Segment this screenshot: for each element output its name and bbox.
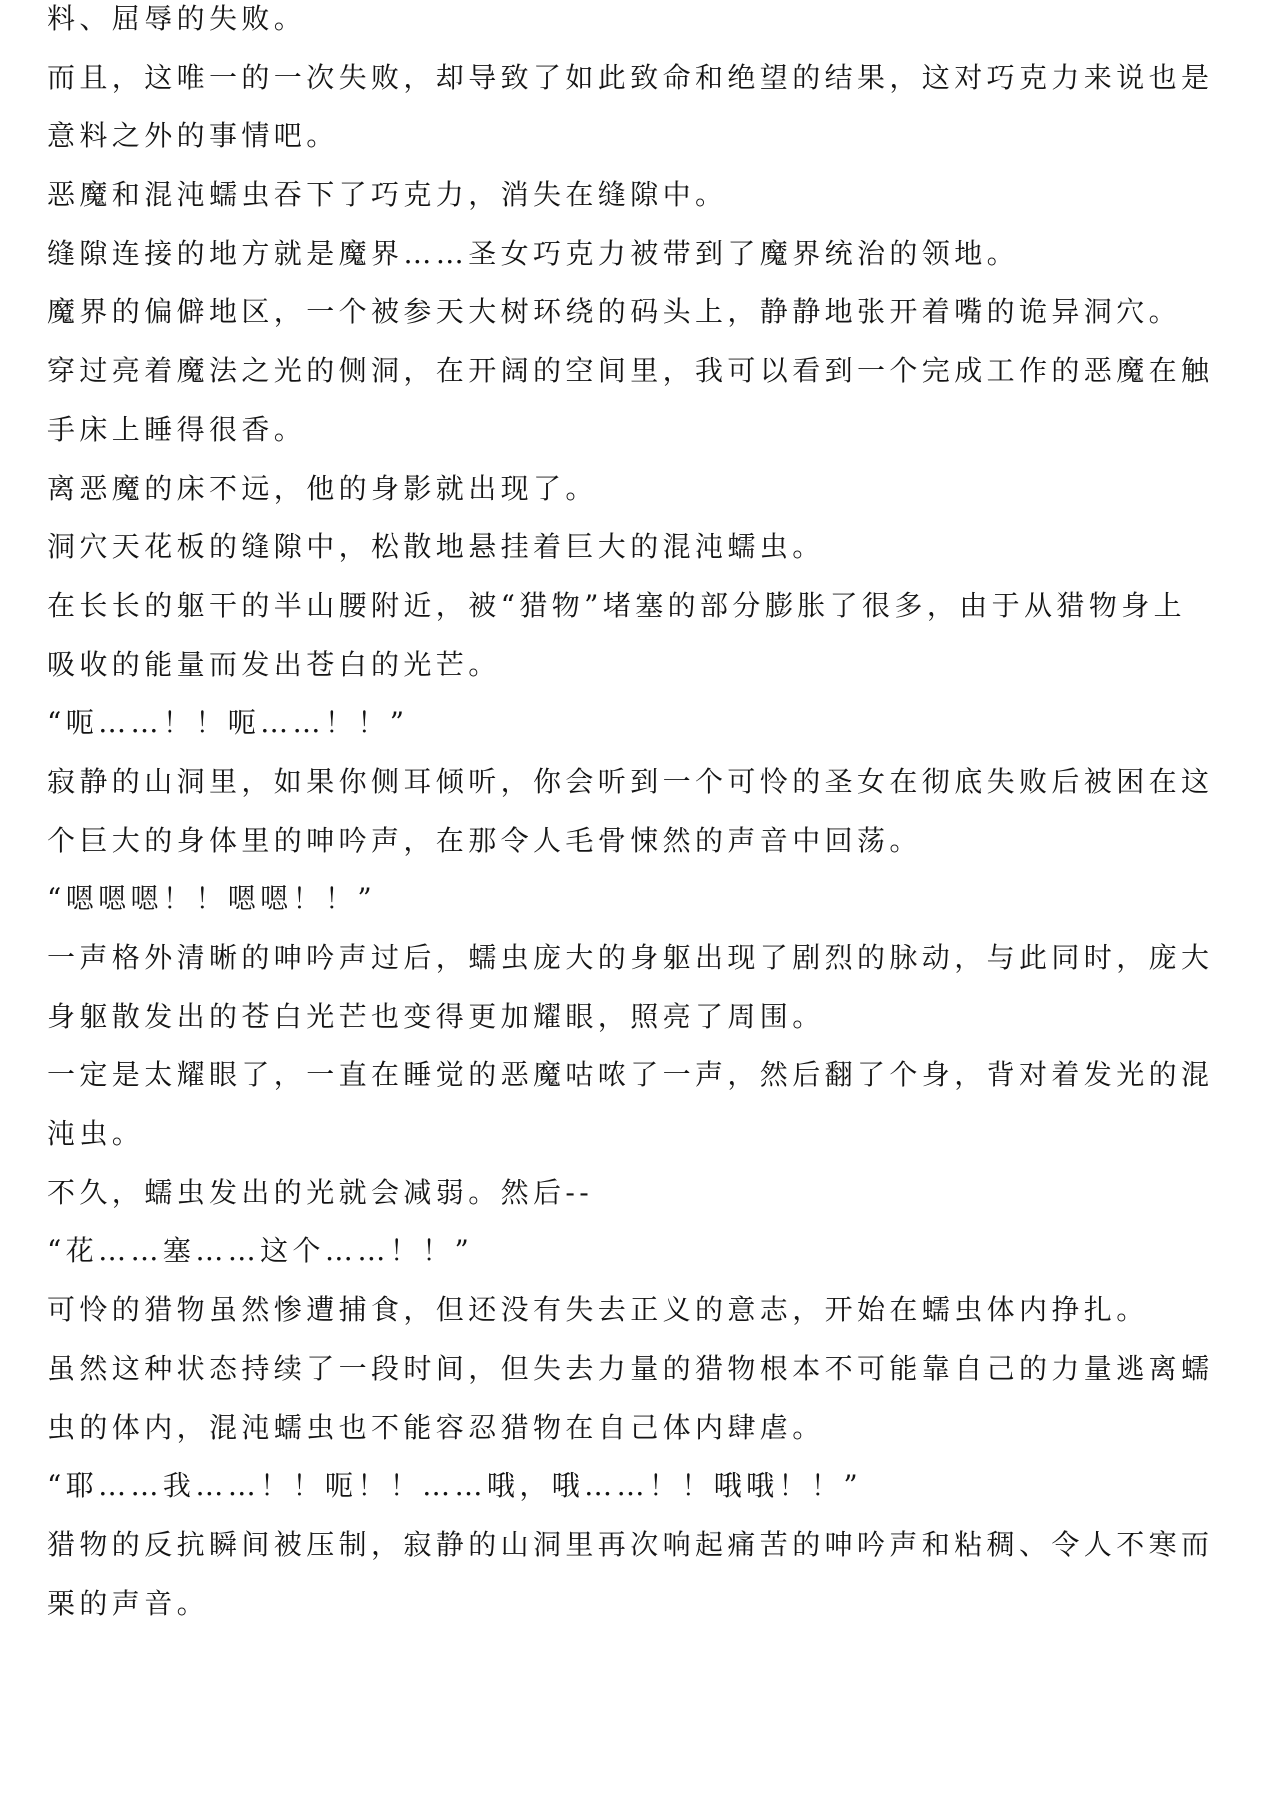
dialogue-line: “嗯嗯嗯！！嗯嗯！！”: [47, 880, 1247, 939]
dialogue-line: “花……塞……这个……！！”: [47, 1232, 1247, 1291]
text-line: 虽然这种状态持续了一段时间，但失去力量的猎物根本不可能靠自己的力量逃离蠕: [47, 1350, 1247, 1409]
document-body: 料、屈辱的失败。 而且，这唯一的一次失败，却导致了如此致命和绝望的结果，这对巧克…: [47, 0, 1247, 1643]
text-line: 手床上睡得很香。: [47, 411, 1247, 470]
text-line: 恶魔和混沌蠕虫吞下了巧克力，消失在缝隙中。: [47, 176, 1247, 235]
dialogue-line: “呃……！！呃……！！”: [47, 704, 1247, 763]
text-line: 意料之外的事情吧。: [47, 117, 1247, 176]
text-line: 可怜的猎物虽然惨遭捕食，但还没有失去正义的意志，开始在蠕虫体内挣扎。: [47, 1291, 1247, 1350]
text-line: 而且，这唯一的一次失败，却导致了如此致命和绝望的结果，这对巧克力来说也是: [47, 59, 1247, 118]
text-line: 沌虫。: [47, 1115, 1247, 1174]
text-line: 一定是太耀眼了，一直在睡觉的恶魔咕哝了一声，然后翻了个身，背对着发光的混: [47, 1056, 1247, 1115]
text-line: 不久，蠕虫发出的光就会减弱。然后--: [47, 1174, 1247, 1233]
dialogue-line: “耶……我……！！呃！！……哦，哦……！！哦哦！！”: [47, 1467, 1247, 1526]
text-line: 猎物的反抗瞬间被压制，寂静的山洞里再次响起痛苦的呻吟声和粘稠、令人不寒而: [47, 1526, 1247, 1585]
text-line: 身躯散发出的苍白光芒也变得更加耀眼，照亮了周围。: [47, 998, 1247, 1057]
text-line: 穿过亮着魔法之光的侧洞，在开阔的空间里，我可以看到一个完成工作的恶魔在触: [47, 352, 1247, 411]
text-line: 离恶魔的床不远，他的身影就出现了。: [47, 470, 1247, 529]
text-line: 寂静的山洞里，如果你侧耳倾听，你会听到一个可怜的圣女在彻底失败后被困在这: [47, 763, 1247, 822]
text-line: 个巨大的身体里的呻吟声，在那令人毛骨悚然的声音中回荡。: [47, 822, 1247, 881]
text-line: 料、屈辱的失败。: [47, 0, 1247, 59]
text-line: 洞穴天花板的缝隙中，松散地悬挂着巨大的混沌蠕虫。: [47, 528, 1247, 587]
text-line: 一声格外清晰的呻吟声过后，蠕虫庞大的身躯出现了剧烈的脉动，与此同时，庞大: [47, 939, 1247, 998]
text-line: 缝隙连接的地方就是魔界……圣女巧克力被带到了魔界统治的领地。: [47, 235, 1247, 294]
text-line: 在长长的躯干的半山腰附近，被“猎物”堵塞的部分膨胀了很多，由于从猎物身上: [47, 587, 1247, 646]
text-line: 虫的体内，混沌蠕虫也不能容忍猎物在自己体内肆虐。: [47, 1409, 1247, 1468]
text-line: 魔界的偏僻地区，一个被参天大树环绕的码头上，静静地张开着嘴的诡异洞穴。: [47, 293, 1247, 352]
text-line: 栗的声音。: [47, 1585, 1247, 1644]
text-line: 吸收的能量而发出苍白的光芒。: [47, 646, 1247, 705]
